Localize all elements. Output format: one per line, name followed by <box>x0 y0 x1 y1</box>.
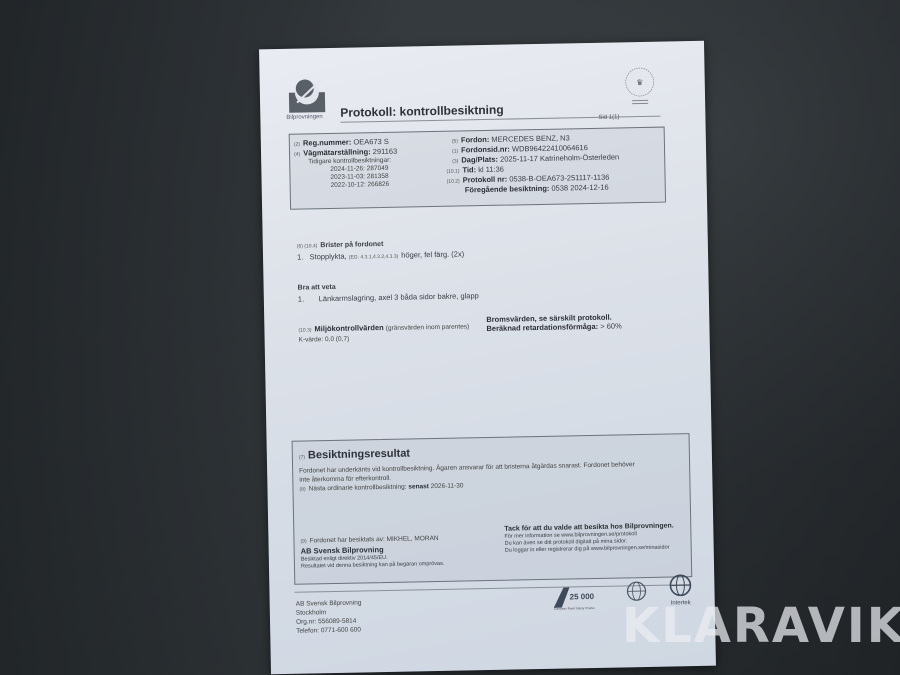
company-name: AB Svensk Bilprovning <box>301 545 384 556</box>
inspection-protocol-document: Bilprovningen Protokoll: kontrollbesiktn… <box>259 41 716 674</box>
env-heading: Miljökontrollvärden <box>314 323 383 333</box>
odometer-value: 291163 <box>373 147 398 156</box>
result-text: inte återkomma för efterkontroll. <box>299 475 391 484</box>
swedac-seal-icon: ♛ <box>619 64 660 111</box>
vehicle-label: Fordon: <box>461 135 489 145</box>
ref: (10.3) <box>298 327 311 333</box>
svg-text:European Road Safety Charter: European Road Safety Charter <box>554 606 595 611</box>
previous-inspection: 2023-11-03: 281358 <box>330 173 388 181</box>
vehicle-info-box: (2)Reg.nummer: OEA673 S (4)Vägmätarställ… <box>289 127 666 210</box>
brake-retardation-label: Beräknad retardationsförmåga: <box>486 322 598 333</box>
time-value: kl 11:36 <box>478 165 504 174</box>
time-label: Tid: <box>462 165 476 174</box>
previous-inspection: 2022-10-12: 266826 <box>331 181 390 189</box>
defect-item: 1. Stopplykta, (EG: 4.3.1,4.3.2,4.3.3)hö… <box>297 249 464 261</box>
good-to-know-item: 1. Länkarmslagring, axel 3 båda sidor ba… <box>298 291 479 303</box>
ref: (6) (10.4) <box>297 243 318 249</box>
result-box: (7)Besiktningsresultat Fordonet har unde… <box>292 433 693 585</box>
inspector: (9)Fordonet har besiktats av: MIKHEL, MO… <box>300 535 438 545</box>
good-to-know-heading: Bra att veta <box>298 284 336 292</box>
previous-inspection: 2024-11-26: 287049 <box>330 165 388 173</box>
footer-phone: Telefon: 0771-600 600 <box>296 626 361 634</box>
next-inspection: (8)Nästa ordinarie kontrollbesiktning: s… <box>299 482 463 492</box>
brake-retardation-value: > 60% <box>600 321 622 330</box>
svg-text:25 000: 25 000 <box>570 592 595 601</box>
date-place-value: 2025-11-17 Katrineholm-Österleden <box>500 152 619 163</box>
odometer-label: Vägmätarställning: <box>303 147 371 157</box>
svg-text:♛: ♛ <box>636 78 643 87</box>
vehicle-value: MERCEDES BENZ, N3 <box>491 133 570 144</box>
reg-value: OEA673 S <box>353 137 389 147</box>
k-value: K-värde: 0,0 (0,7) <box>299 336 350 344</box>
previous-value: 0538 2024-12-16 <box>551 183 608 193</box>
vin-label: Fordonsid.nr: <box>461 145 510 155</box>
vin-value: WDB96422410064616 <box>512 143 588 153</box>
footer-city: Stockholm <box>296 609 326 617</box>
defects-heading: Brister på fordonet <box>320 241 383 249</box>
result-heading: Besiktningsresultat <box>308 448 410 462</box>
page-number: Sid 1(1) <box>598 114 619 120</box>
reg-label: Reg.nummer: <box>303 138 352 148</box>
result-text: Fordonet har underkänts vid kontrollbesi… <box>299 461 635 474</box>
page-title: Protokoll: kontrollbesiktning <box>340 103 504 120</box>
footer-company: AB Svensk Bilprovning <box>296 599 362 607</box>
previous-label: Föregående besiktning: <box>465 184 550 195</box>
klaravik-watermark: KLARAVIK <box>622 598 900 654</box>
env-subtitle: (gränsvärden inom parentes) <box>386 323 470 332</box>
road-safety-charter-icon: 25 000 European Road Safety Charter <box>549 581 600 612</box>
date-place-label: Dag/Plats: <box>461 155 498 165</box>
protocol-label: Protokoll nr: <box>463 175 508 185</box>
logo-text: Bilprovningen <box>286 114 322 121</box>
footer-org-nr: Org.nr: 556089-5814 <box>296 618 356 626</box>
